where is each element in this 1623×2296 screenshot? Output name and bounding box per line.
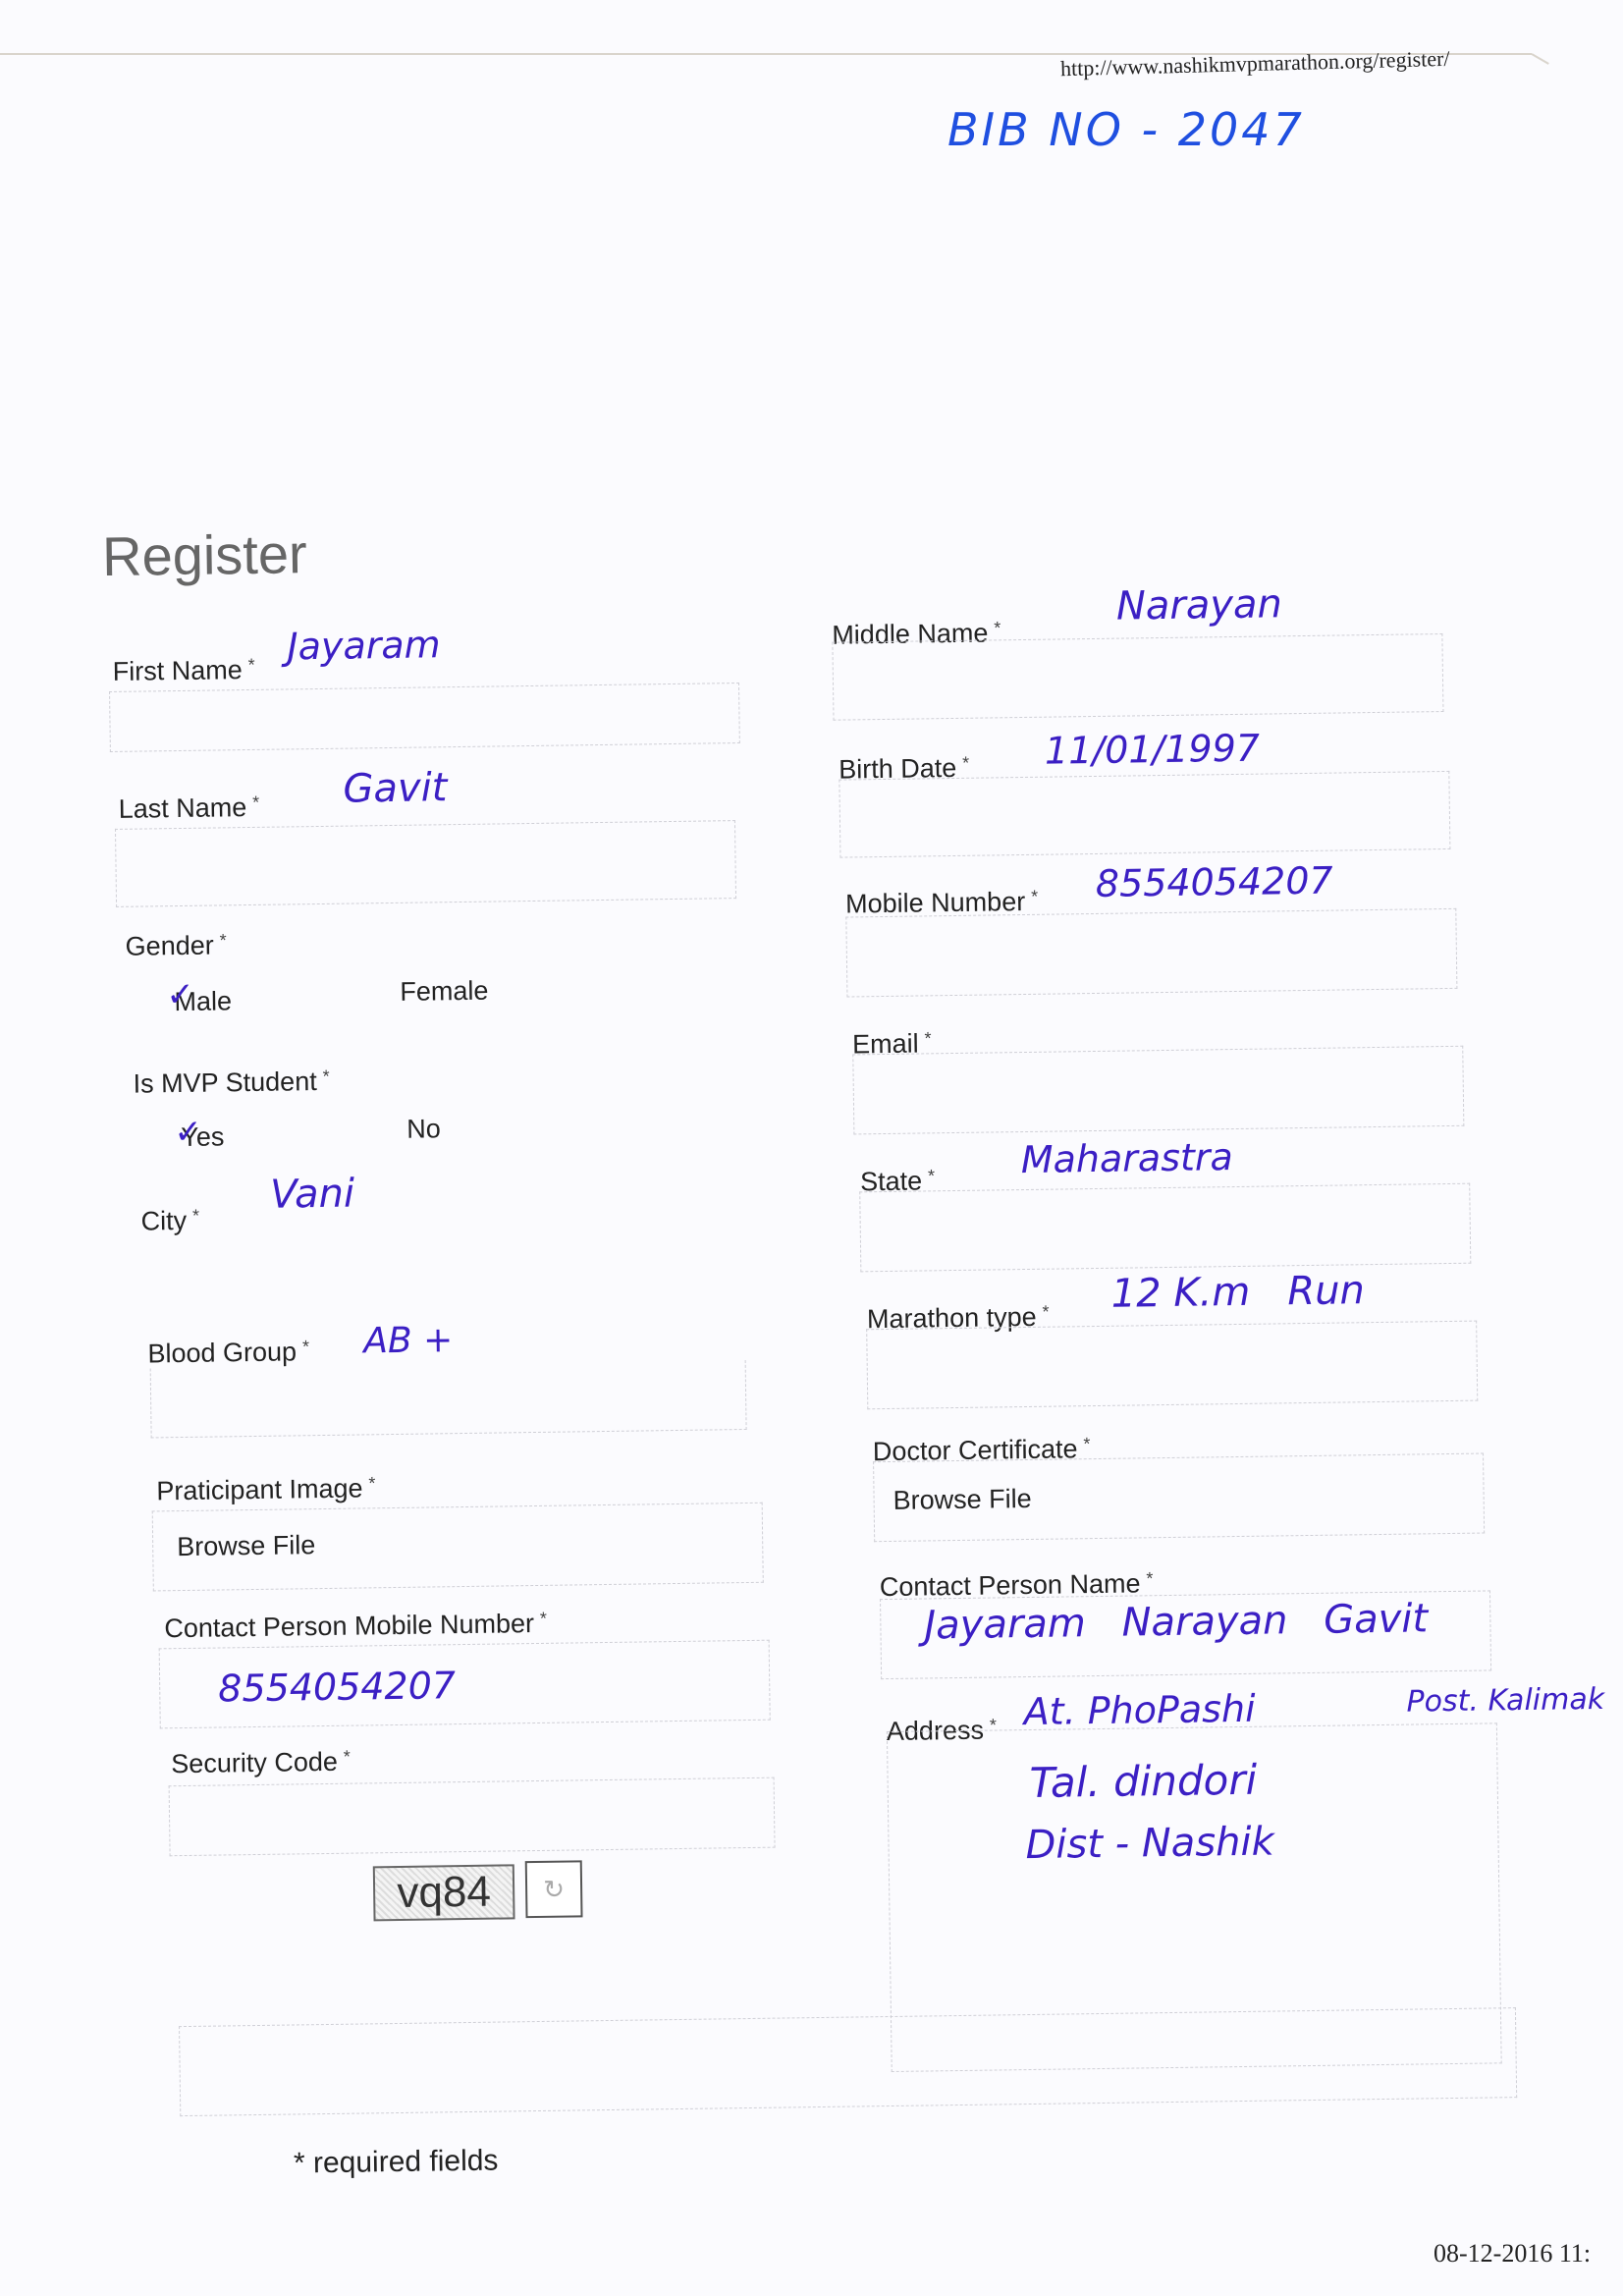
gender-option-female[interactable]: Female (400, 976, 488, 1008)
city-value: Vani (270, 1172, 354, 1218)
contact-mobile-label: Contact Person Mobile Number* (164, 1609, 547, 1644)
middle-name-value: Narayan (1116, 581, 1283, 629)
city-label: City* (140, 1206, 199, 1237)
last-name-label: Last Name* (119, 793, 260, 825)
security-code-field[interactable] (169, 1777, 776, 1857)
contact-name-value: Jayaram Narayan Gavit (924, 1596, 1428, 1648)
checkmark-icon: ✓ (166, 975, 194, 1014)
state-field[interactable] (859, 1183, 1471, 1273)
email-field[interactable] (852, 1046, 1464, 1135)
checkmark-icon: ✓ (174, 1113, 202, 1152)
address-line-1: At. PhoPashi (1023, 1687, 1256, 1733)
first-name-value: Jayaram (287, 623, 441, 668)
required-fields-note: * required fields (294, 2145, 499, 2181)
contact-mobile-value: 8554054207 (218, 1664, 456, 1710)
mvp-student-option-no[interactable]: No (406, 1114, 441, 1144)
last-name-value: Gavit (343, 765, 448, 811)
submit-area (179, 2007, 1517, 2116)
marathon-type-field[interactable] (866, 1321, 1478, 1410)
first-name-field[interactable] (109, 683, 740, 752)
mobile-number-field[interactable] (845, 908, 1457, 998)
mvp-student-label: Is MVP Student* (133, 1066, 330, 1100)
mobile-number-value: 8554054207 (1096, 859, 1333, 905)
doctor-certificate-browse-button[interactable]: Browse File (893, 1484, 1031, 1516)
blood-group-label: Blood Group* (147, 1337, 309, 1369)
participant-image-browse-button[interactable]: Browse File (177, 1530, 315, 1562)
participant-image-label: Praticipant Image* (156, 1473, 376, 1506)
last-name-field[interactable] (115, 820, 736, 907)
register-form: Register First Name* Jayaram Last Name* … (0, 0, 1623, 2296)
birth-date-value: 11/01/1997 (1045, 727, 1261, 773)
address-line-3: Tal. dindori (1029, 1756, 1257, 1807)
marathon-type-value: 12 K.m Run (1110, 1268, 1365, 1317)
captcha-refresh-button[interactable]: ↻ (525, 1860, 583, 1918)
blood-group-field[interactable] (150, 1360, 747, 1438)
print-timestamp: 08-12-2016 11: (1434, 2239, 1591, 2269)
security-code-label: Security Code* (171, 1747, 351, 1780)
birth-date-field[interactable] (839, 771, 1450, 858)
blood-group-value: AB + (363, 1320, 454, 1361)
gender-label: Gender* (125, 930, 227, 961)
page-title: Register (102, 521, 307, 588)
captcha-image: vq84 (373, 1864, 515, 1921)
middle-name-field[interactable] (832, 633, 1443, 721)
first-name-label: First Name* (113, 655, 255, 687)
state-value: Maharastra (1020, 1135, 1233, 1181)
address-line-2: Post. Kalimak (1406, 1682, 1604, 1720)
address-line-4: Dist - Nashik (1025, 1820, 1274, 1869)
refresh-icon: ↻ (527, 1862, 581, 1916)
